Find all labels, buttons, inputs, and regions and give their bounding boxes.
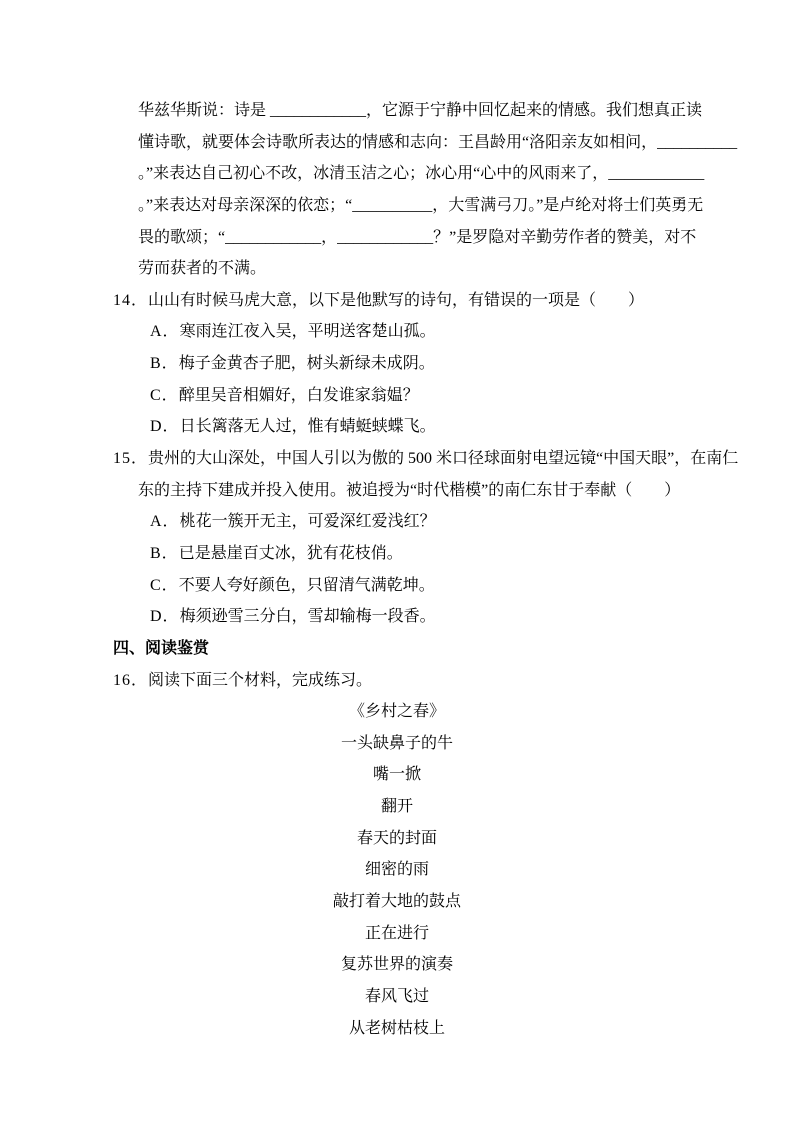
poem-line-7: 正在进行 <box>0 918 794 950</box>
question-15-stem-line-1: 15．贵州的大山深处，中国人引以为傲的 500 米口径球面射电望远镜“中国天眼”… <box>113 443 794 475</box>
option-text: 醉里吴音相媚好，白发谁家翁媪？ <box>179 387 419 404</box>
poem-line-1: 一头缺鼻子的牛 <box>0 728 794 760</box>
poem-line-3: 翻开 <box>0 791 794 823</box>
intro-paragraph-line-6: 劳而获者的不满。 <box>138 253 794 285</box>
intro-paragraph-line-5: 畏的歌颂；“____________，____________？”是罗隐对辛勤劳… <box>138 222 794 254</box>
question-15-option-d: D．梅须逊雪三分白，雪却输梅一段香。 <box>150 601 794 633</box>
option-label: D． <box>150 608 180 625</box>
intro-paragraph-line-1: 华兹华斯说：诗是 ____________，它源于宁静中回忆起来的情感。我们想真… <box>138 95 794 127</box>
poem-line-2: 嘴一掀 <box>0 759 794 791</box>
question-15-stem-text-1: 贵州的大山深处，中国人引以为傲的 500 米口径球面射电望远镜“中国天眼”，在南… <box>148 450 738 467</box>
intro-paragraph-line-3: 。”来表达自己初心不改，冰清玉洁之心；冰心用“心中的风雨来了，_________… <box>138 158 794 190</box>
question-14-number: 14． <box>113 292 148 309</box>
question-15-option-b: B．已是悬崖百丈冰，犹有花枝俏。 <box>150 538 794 570</box>
option-label: B． <box>150 355 179 372</box>
question-16-stem: 16．阅读下面三个材料，完成练习。 <box>113 665 794 697</box>
intro-paragraph-line-2: 懂诗歌，就要体会诗歌所表达的情感和志向：王昌龄用“洛阳亲友如相问，_______… <box>138 127 794 159</box>
option-text: 桃花一簇开无主，可爱深红爱浅红？ <box>180 513 436 530</box>
exam-document-page: 华兹华斯说：诗是 ____________，它源于宁静中回忆起来的情感。我们想真… <box>0 0 794 1123</box>
option-label: D． <box>150 418 180 435</box>
question-14-option-c: C．醉里吴音相媚好，白发谁家翁媪？ <box>150 380 794 412</box>
option-text: 已是悬崖百丈冰，犹有花枝俏。 <box>179 545 403 562</box>
question-15-stem-line-2: 东的主持下建成并投入使用。被追授为“时代楷模”的南仁东甘于奉献（ ） <box>138 475 794 507</box>
question-14-option-d: D．日长篱落无人过，惟有蜻蜓蛱蝶飞。 <box>150 411 794 443</box>
intro-paragraph-line-4: 。”来表达对母亲深深的依恋；“__________，大雪满弓刀。”是卢纶对将士们… <box>138 190 794 222</box>
poem-line-9: 春风飞过 <box>0 981 794 1013</box>
poem-line-6: 敲打着大地的鼓点 <box>0 886 794 918</box>
question-14-stem: 14．山山有时候马虎大意，以下是他默写的诗句，有错误的一项是（ ） <box>113 285 794 317</box>
option-label: C． <box>150 577 179 594</box>
page-content: 华兹华斯说：诗是 ____________，它源于宁静中回忆起来的情感。我们想真… <box>0 0 794 1044</box>
option-text: 梅子金黄杏子肥，树头新绿未成阴。 <box>179 355 435 372</box>
option-label: B． <box>150 545 179 562</box>
poem-line-5: 细密的雨 <box>0 854 794 886</box>
option-text: 不要人夸好颜色，只留清气满乾坤。 <box>179 577 435 594</box>
poem-line-10: 从老树枯枝上 <box>0 1013 794 1045</box>
question-16-stem-text: 阅读下面三个材料，完成练习。 <box>148 672 372 689</box>
question-14-stem-text: 山山有时候马虎大意，以下是他默写的诗句，有错误的一项是（ ） <box>148 292 644 309</box>
question-15-number: 15． <box>113 450 148 467</box>
question-15-option-c: C．不要人夸好颜色，只留清气满乾坤。 <box>150 570 794 602</box>
option-text: 日长篱落无人过，惟有蜻蜓蛱蝶飞。 <box>180 418 436 435</box>
question-16-number: 16． <box>113 672 148 689</box>
option-label: C． <box>150 387 179 404</box>
option-text: 寒雨连江夜入吴，平明送客楚山孤。 <box>180 323 436 340</box>
poem-title: 《乡村之春》 <box>0 696 794 728</box>
question-14-option-a: A．寒雨连江夜入吴，平明送客楚山孤。 <box>150 316 794 348</box>
section-heading-reading-appreciation: 四、阅读鉴赏 <box>113 633 794 665</box>
poem-line-4: 春天的封面 <box>0 823 794 855</box>
question-14-option-b: B．梅子金黄杏子肥，树头新绿未成阴。 <box>150 348 794 380</box>
poem-line-8: 复苏世界的演奏 <box>0 949 794 981</box>
option-label: A． <box>150 513 180 530</box>
question-15-option-a: A．桃花一簇开无主，可爱深红爱浅红？ <box>150 506 794 538</box>
option-label: A． <box>150 323 180 340</box>
option-text: 梅须逊雪三分白，雪却输梅一段香。 <box>180 608 436 625</box>
